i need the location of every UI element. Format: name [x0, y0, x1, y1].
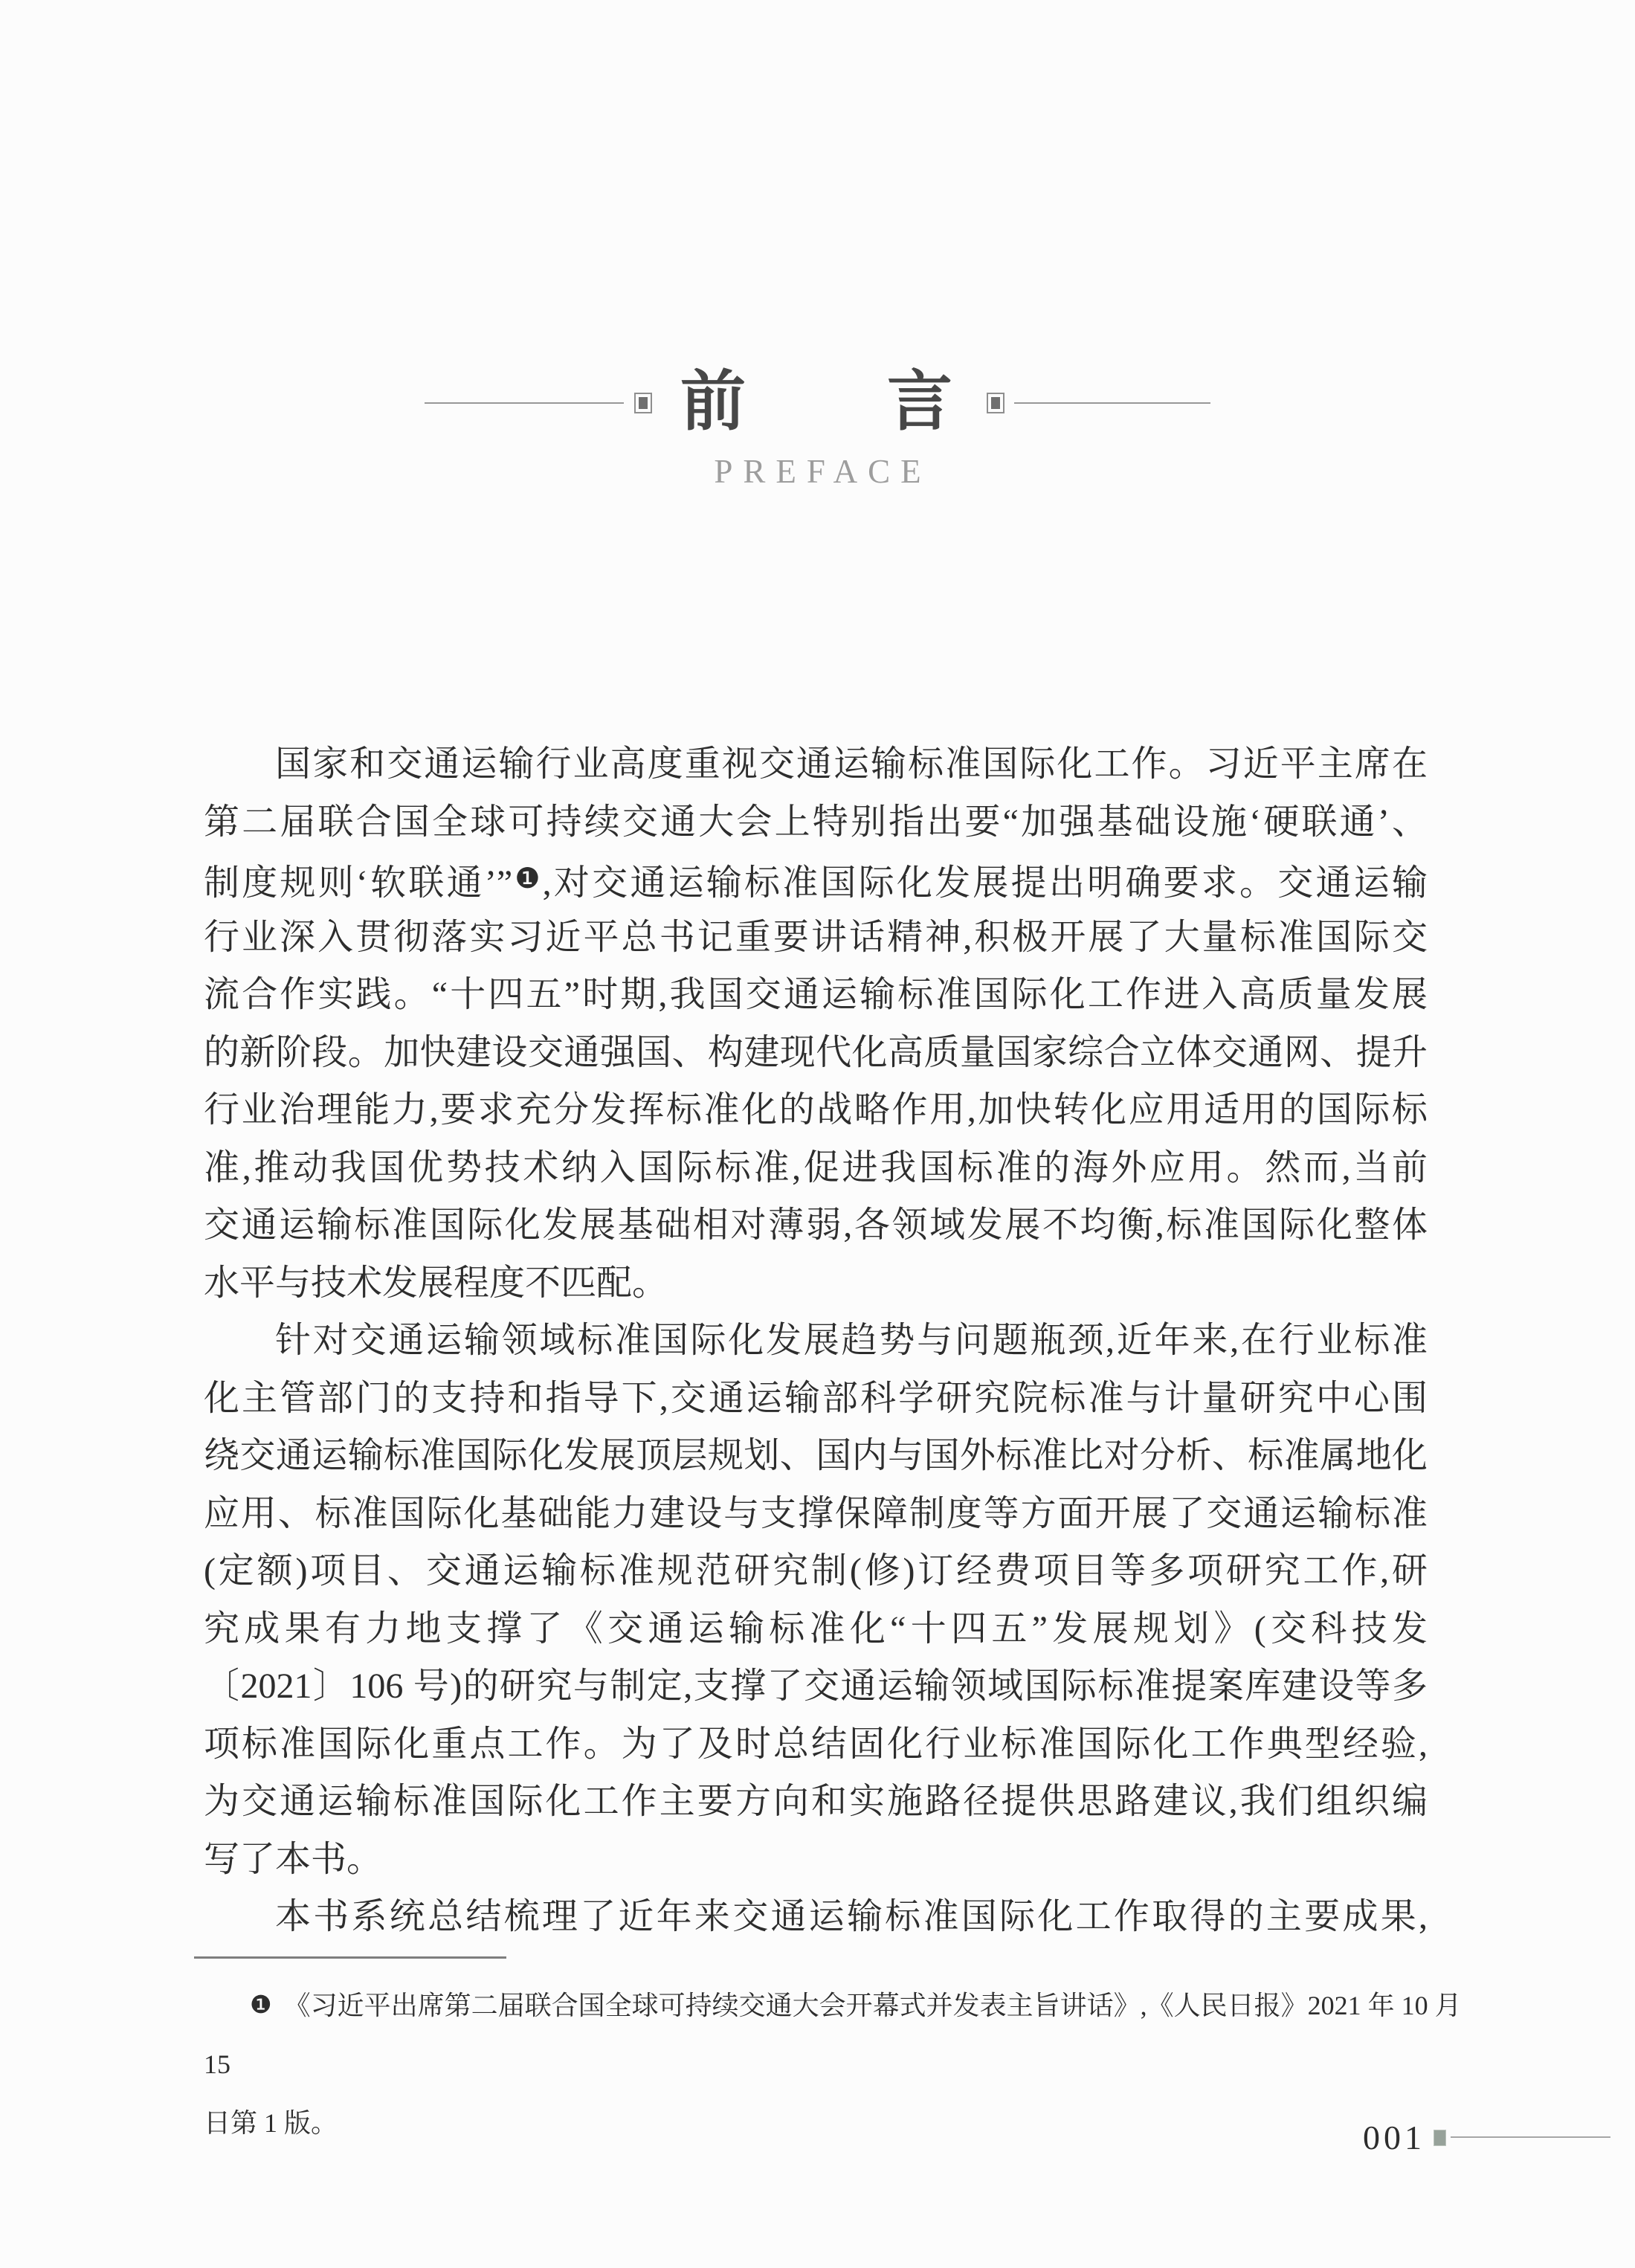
- body-line: 为交通运输标准国际化工作主要方向和实施路径提供思路建议,我们组织编: [204, 1773, 1428, 1831]
- footnote-text: 《习近平出席第二届联合国全球可持续交通大会开幕式并发表主旨讲话》,《人民日报》2…: [204, 1991, 1462, 2079]
- book-page: 前 言 PREFACE 国家和交通运输行业高度重视交通运输标准国际化工作。习近平…: [0, 0, 1635, 2268]
- body-line: 的新阶段。加快建设交通强国、构建现代化高质量国家综合立体交通网、提升: [204, 1024, 1428, 1082]
- footnote-marker-icon: ❶: [250, 1992, 272, 2019]
- body-line: 制度规则‘软联通’”❶,对交通运输标准国际化发展提出明确要求。交通运输: [204, 851, 1428, 909]
- body-text-block: 国家和交通运输行业高度重视交通运输标准国际化工作。习近平主席在 第二届联合国全球…: [204, 735, 1428, 1946]
- chapter-title-char-qian: 前: [680, 367, 746, 439]
- body-line: 针对交通运输领域标准国际化发展趋势与问题瓶颈,近年来,在行业标准: [204, 1312, 1428, 1370]
- body-line: 行业治理能力,要求充分发挥标准化的战略作用,加快转化应用适用的国际标: [204, 1081, 1428, 1139]
- title-rule-left: [425, 402, 624, 404]
- footnote-block: ❶《习近平出席第二届联合国全球可持续交通大会开幕式并发表主旨讲话》,《人民日报》…: [204, 1977, 1483, 2153]
- chapter-title-char-yan: 言: [887, 367, 952, 439]
- footnote-separator-rule: [194, 1956, 506, 1959]
- body-line: 应用、标准国际化基础能力建设与支撑保障制度等方面开展了交通运输标准: [204, 1485, 1428, 1543]
- footer-rule: [1451, 2136, 1610, 2138]
- body-line: 〔2021〕106 号)的研究与制定,支撑了交通运输领域国际标准提案库建设等多: [204, 1657, 1428, 1716]
- body-line: 交通运输标准国际化发展基础相对薄弱,各领域发展不均衡,标准国际化整体: [204, 1196, 1428, 1254]
- footnote-reference-marker: ❶: [512, 863, 543, 895]
- title-ornament-right-icon: [987, 393, 1004, 413]
- body-line-text: 制度规则‘软联通’”: [204, 863, 512, 903]
- body-line: 流合作实践。“十四五”时期,我国交通运输标准国际化工作进入高质量发展: [204, 966, 1428, 1024]
- body-line: 究成果有力地支撑了《交通运输标准化“十四五”发展规划》(交科技发: [204, 1600, 1428, 1658]
- title-ornament-left-inner: [639, 397, 648, 409]
- body-line: 化主管部门的支持和指导下,交通运输部科学研究院标准与计量研究中心围: [204, 1370, 1428, 1428]
- title-rule-right: [1014, 402, 1210, 404]
- body-line: 第二届联合国全球可持续交通大会上特别指出要“加强基础设施‘硬联通’、: [204, 793, 1428, 851]
- footnote-line: 日第 1 版。: [204, 2094, 1483, 2153]
- body-line: 准,推动我国优势技术纳入国际标准,促进我国标准的海外应用。然而,当前: [204, 1139, 1428, 1197]
- footer-ornament-icon: [1434, 2130, 1446, 2146]
- body-line: 国家和交通运输行业高度重视交通运输标准国际化工作。习近平主席在: [204, 735, 1428, 793]
- footnote-line: ❶《习近平出席第二届联合国全球可持续交通大会开幕式并发表主旨讲话》,《人民日报》…: [204, 1977, 1483, 2094]
- body-line-text: ,对交通运输标准国际化发展提出明确要求。交通运输: [543, 863, 1428, 903]
- chapter-subtitle-english: PREFACE: [0, 452, 1635, 491]
- body-line: 本书系统总结梳理了近年来交通运输标准国际化工作取得的主要成果,: [204, 1888, 1428, 1946]
- body-line: 行业深入贯彻落实习近平总书记重要讲话精神,积极开展了大量标准国际交: [204, 909, 1428, 967]
- body-line: 水平与技术发展程度不匹配。: [204, 1254, 1428, 1312]
- body-line: 绕交通运输标准国际化发展顶层规划、国内与国外标准比对分析、标准属地化: [204, 1427, 1428, 1485]
- body-line: 写了本书。: [204, 1831, 1428, 1889]
- page-number: 001: [1363, 2119, 1425, 2156]
- body-line: (定额)项目、交通运输标准规范研究制(修)订经费项目等多项研究工作,研: [204, 1542, 1428, 1600]
- body-line: 项标准国际化重点工作。为了及时总结固化行业标准国际化工作典型经验,: [204, 1716, 1428, 1774]
- title-ornament-left-icon: [634, 393, 652, 413]
- title-ornament-right-inner: [991, 397, 1000, 409]
- chapter-title-row: 前 言: [0, 367, 1635, 439]
